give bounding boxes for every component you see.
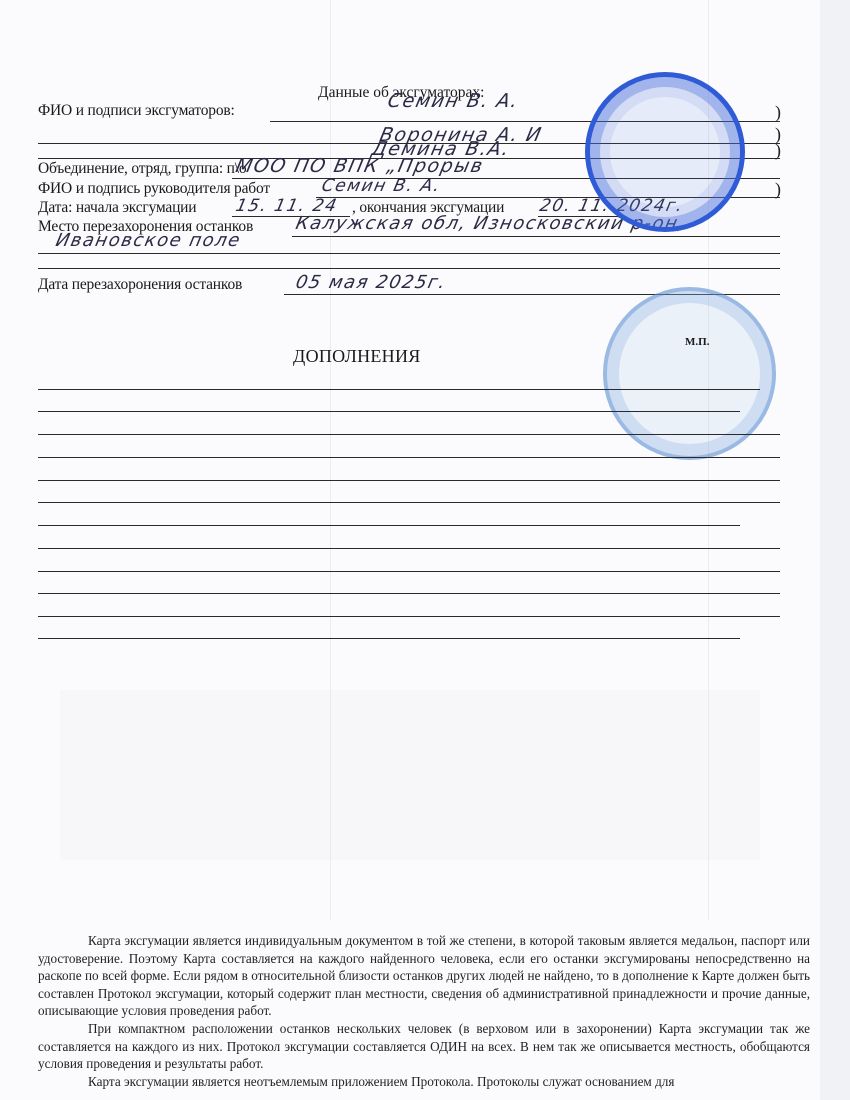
- scan-edge: [820, 0, 850, 1100]
- paragraph: Карта эксгумации является индивидуальным…: [38, 932, 810, 1020]
- paragraph: Карта эксгумации является неотъемлемым п…: [38, 1073, 810, 1091]
- instructions-text: Карта эксгумации является индивидуальным…: [38, 932, 810, 1090]
- additions-title: ДОПОЛНЕНИЯ: [293, 346, 421, 367]
- paragraph: При компактном расположении останков нес…: [38, 1020, 810, 1073]
- document-page: Данные об эксгуматорах: ФИО и подписи эк…: [0, 0, 850, 1100]
- reburial-date-value[interactable]: 05 мая 2025г.: [294, 272, 449, 293]
- date-start-label: Дата: начала эксгумации: [38, 199, 196, 217]
- exhumator-name-1[interactable]: Семин В. А.: [386, 90, 521, 112]
- reburial-date-label: Дата перезахоронения останков: [38, 276, 242, 294]
- leader-value[interactable]: Семин В. А.: [320, 176, 443, 196]
- reburial-place-line2[interactable]: Ивановское поле: [54, 230, 243, 251]
- exhumators-label: ФИО и подписи эксгуматоров:: [38, 102, 235, 120]
- association-value[interactable]: МОО ПО ВПК „Прорыв: [234, 155, 486, 177]
- association-label: Объединение, отряд, группа: п\о: [38, 160, 246, 178]
- leader-label: ФИО и подпись руководителя работ: [38, 180, 270, 198]
- stamp-place-label: М.П.: [685, 336, 709, 348]
- bleed-text-block: [60, 690, 760, 860]
- organization-stamp: [585, 72, 745, 232]
